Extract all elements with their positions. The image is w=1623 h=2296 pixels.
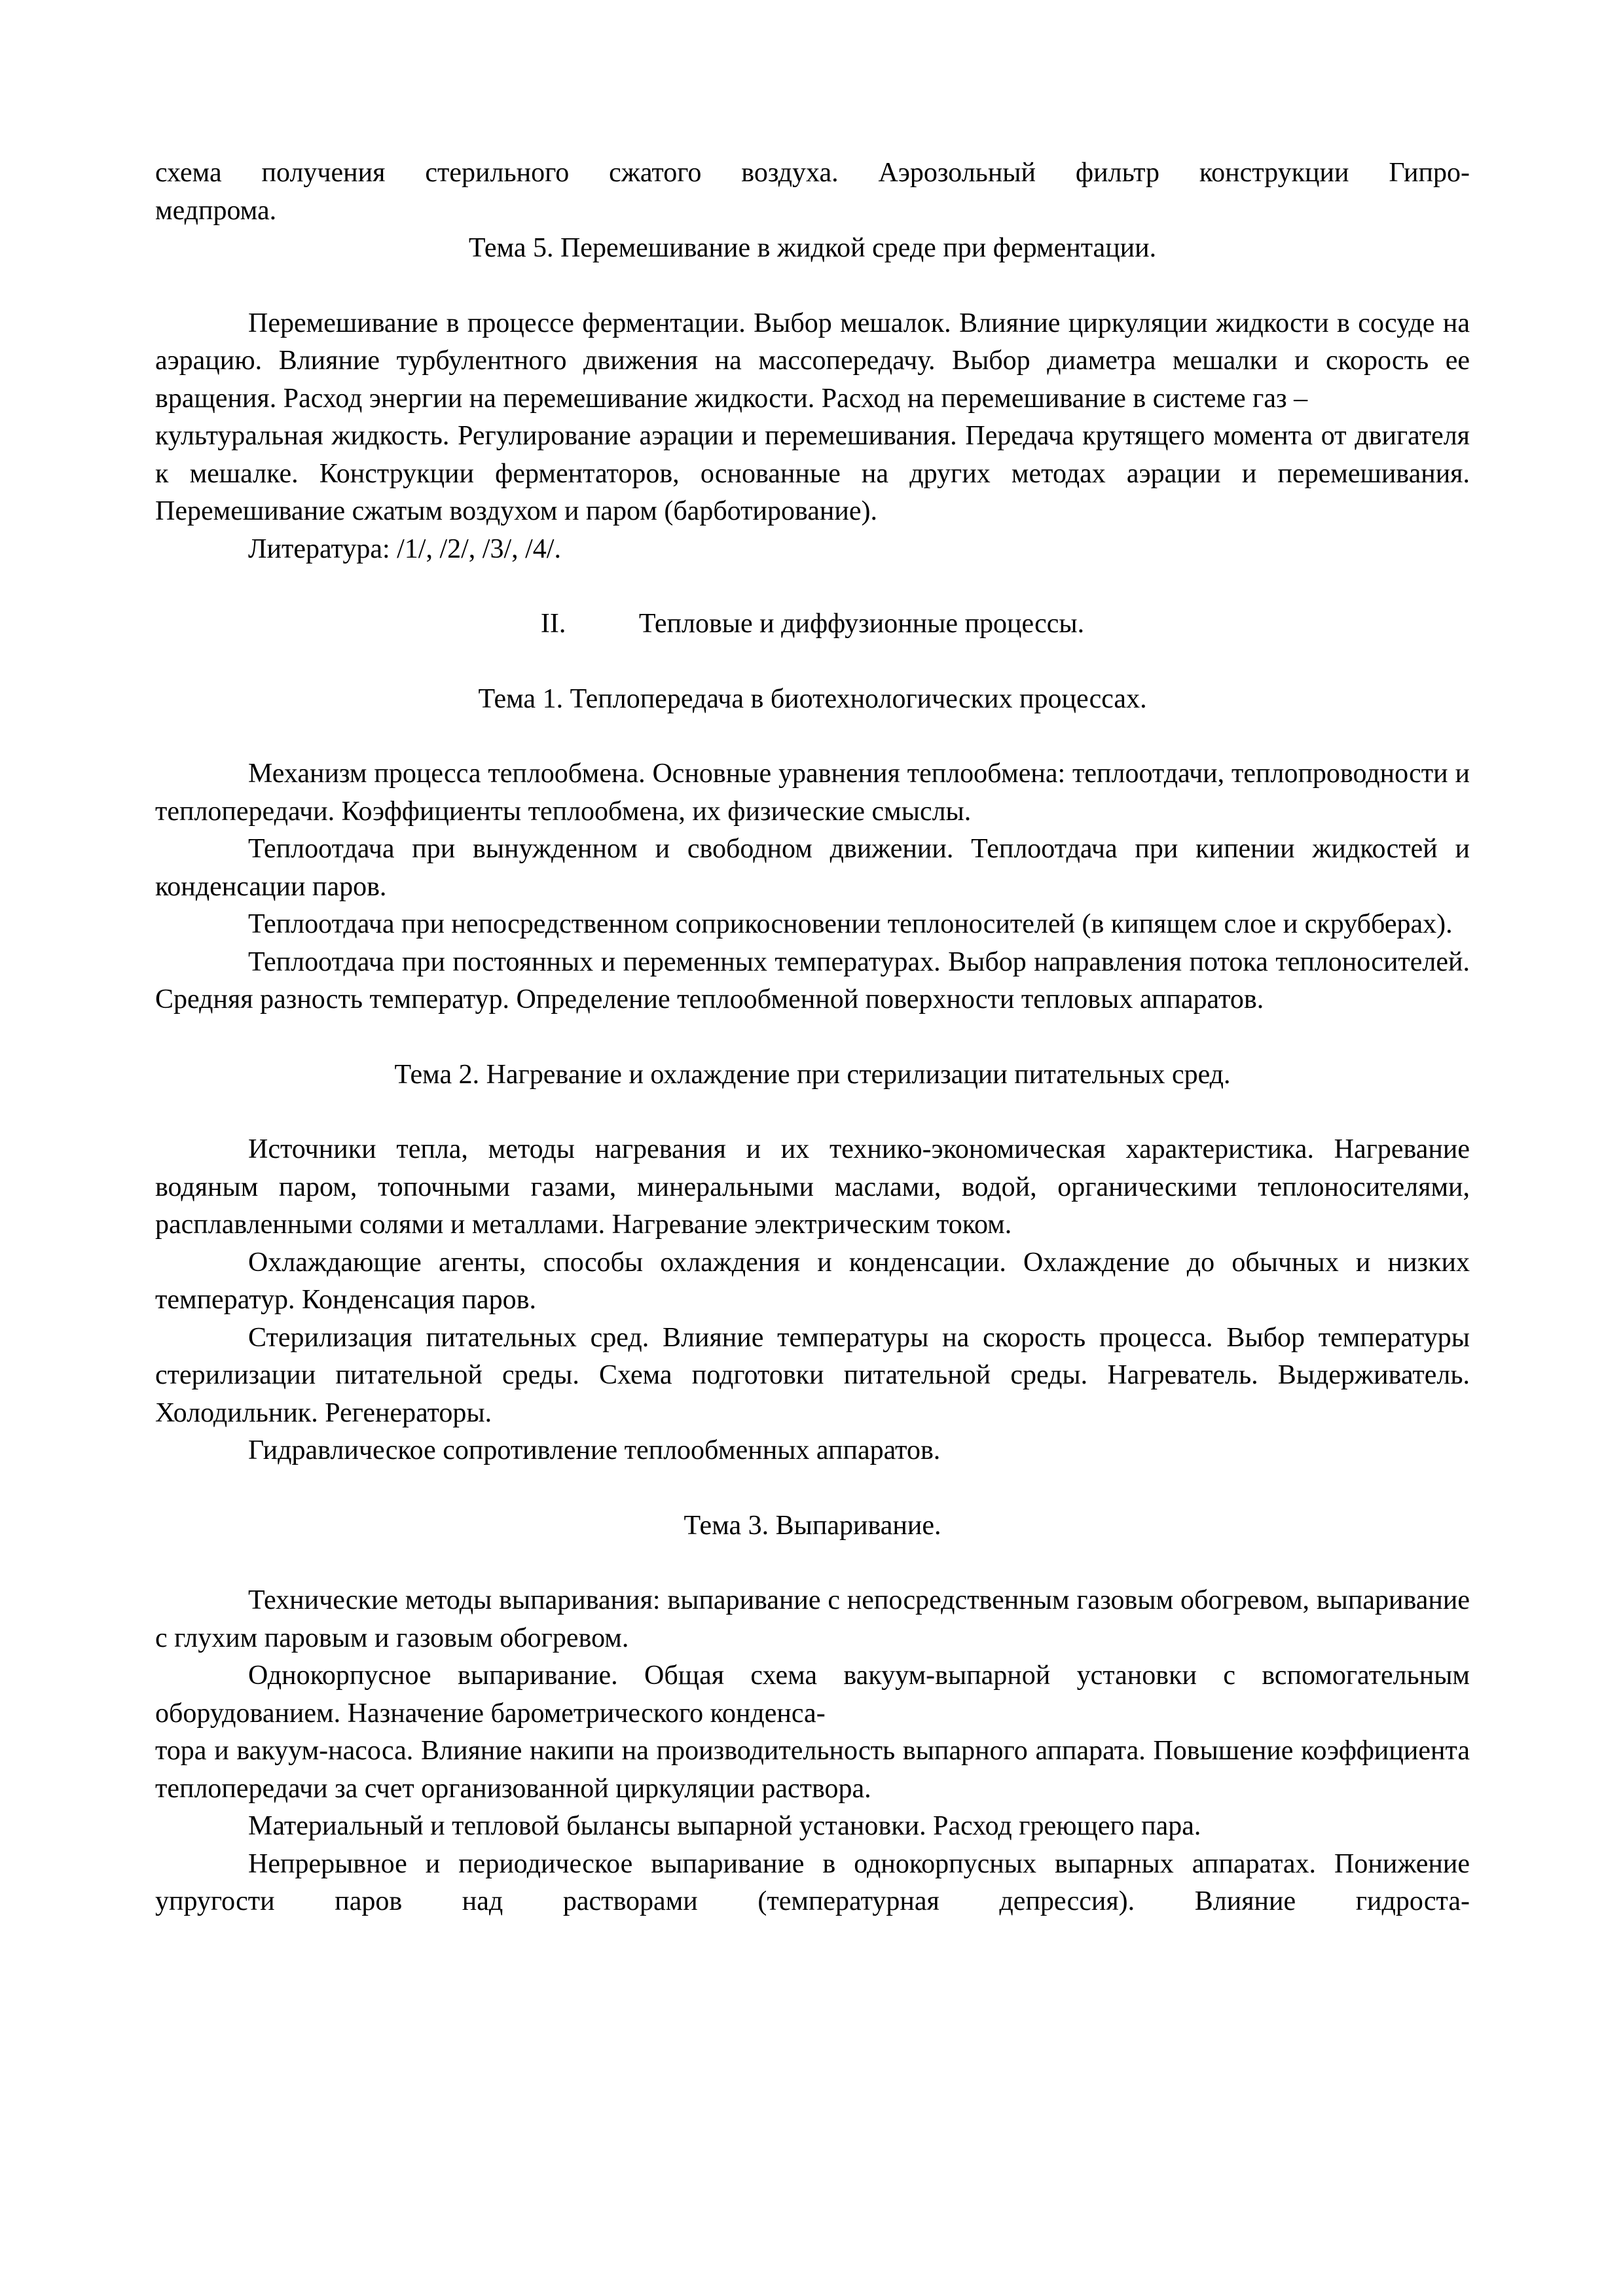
topic2-paragraph-4: Гидравлическое сопротивление теплообменн…	[155, 1432, 1470, 1470]
topic2-paragraph-1: Источники тепла, методы нагревания и их …	[155, 1131, 1470, 1244]
topic2-paragraph-2: Охлаждающие агенты, способы охлаждения и…	[155, 1244, 1470, 1319]
topic3-paragraph-3: Материальный и тепловой былансы выпарной…	[155, 1808, 1470, 1846]
topic5-paragraph1-part2: культуральная жидкость. Регулирование аэ…	[155, 418, 1470, 531]
topic1-paragraph-2: Теплоотдача при вынужденном и свободном …	[155, 831, 1470, 906]
section2-number: II.	[541, 605, 639, 643]
topic3-paragraph-2-part1: Однокорпусное выпаривание. Общая схема в…	[155, 1657, 1470, 1732]
intro-paragraph-line2: медпрома.	[155, 192, 1470, 230]
section2-title: Тепловые и диффузионные процессы.	[639, 609, 1084, 639]
topic1-paragraph-4: Теплоотдача при постоянных и переменных …	[155, 944, 1470, 1019]
topic3-paragraph-4: Непрерывное и периодическое выпаривание …	[155, 1846, 1470, 1921]
topic2-paragraph-3: Стерилизация питательных сред. Влияние т…	[155, 1319, 1470, 1433]
topic1-paragraph-3: Теплоотдача при непосредственном соприко…	[155, 906, 1470, 944]
section2-heading: II.Тепловые и диффузионные процессы.	[155, 605, 1470, 643]
topic3-paragraph-2-part2: тора и вакуум-насоса. Влияние накипи на …	[155, 1732, 1470, 1808]
topic5-paragraph1-part1: Перемешивание в процессе ферментации. Вы…	[155, 305, 1470, 418]
topic2-title: Тема 2. Нагревание и охлаждение при стер…	[155, 1056, 1470, 1094]
topic5-title: Тема 5. Перемешивание в жидкой среде при…	[155, 230, 1470, 268]
topic3-paragraph-1: Технические методы выпаривания: выпарива…	[155, 1582, 1470, 1657]
topic1-paragraph-1: Механизм процесса теплообмена. Основные …	[155, 755, 1470, 831]
topic1-title: Тема 1. Теплопередача в биотехнологическ…	[155, 681, 1470, 719]
topic5-literature: Литература: /1/, /2/, /3/, /4/.	[155, 531, 1470, 569]
document-page: схема получения стерильного сжатого возд…	[155, 154, 1470, 1921]
topic3-title: Тема 3. Выпаривание.	[155, 1507, 1470, 1545]
intro-paragraph-line1: схема получения стерильного сжатого возд…	[155, 154, 1470, 192]
